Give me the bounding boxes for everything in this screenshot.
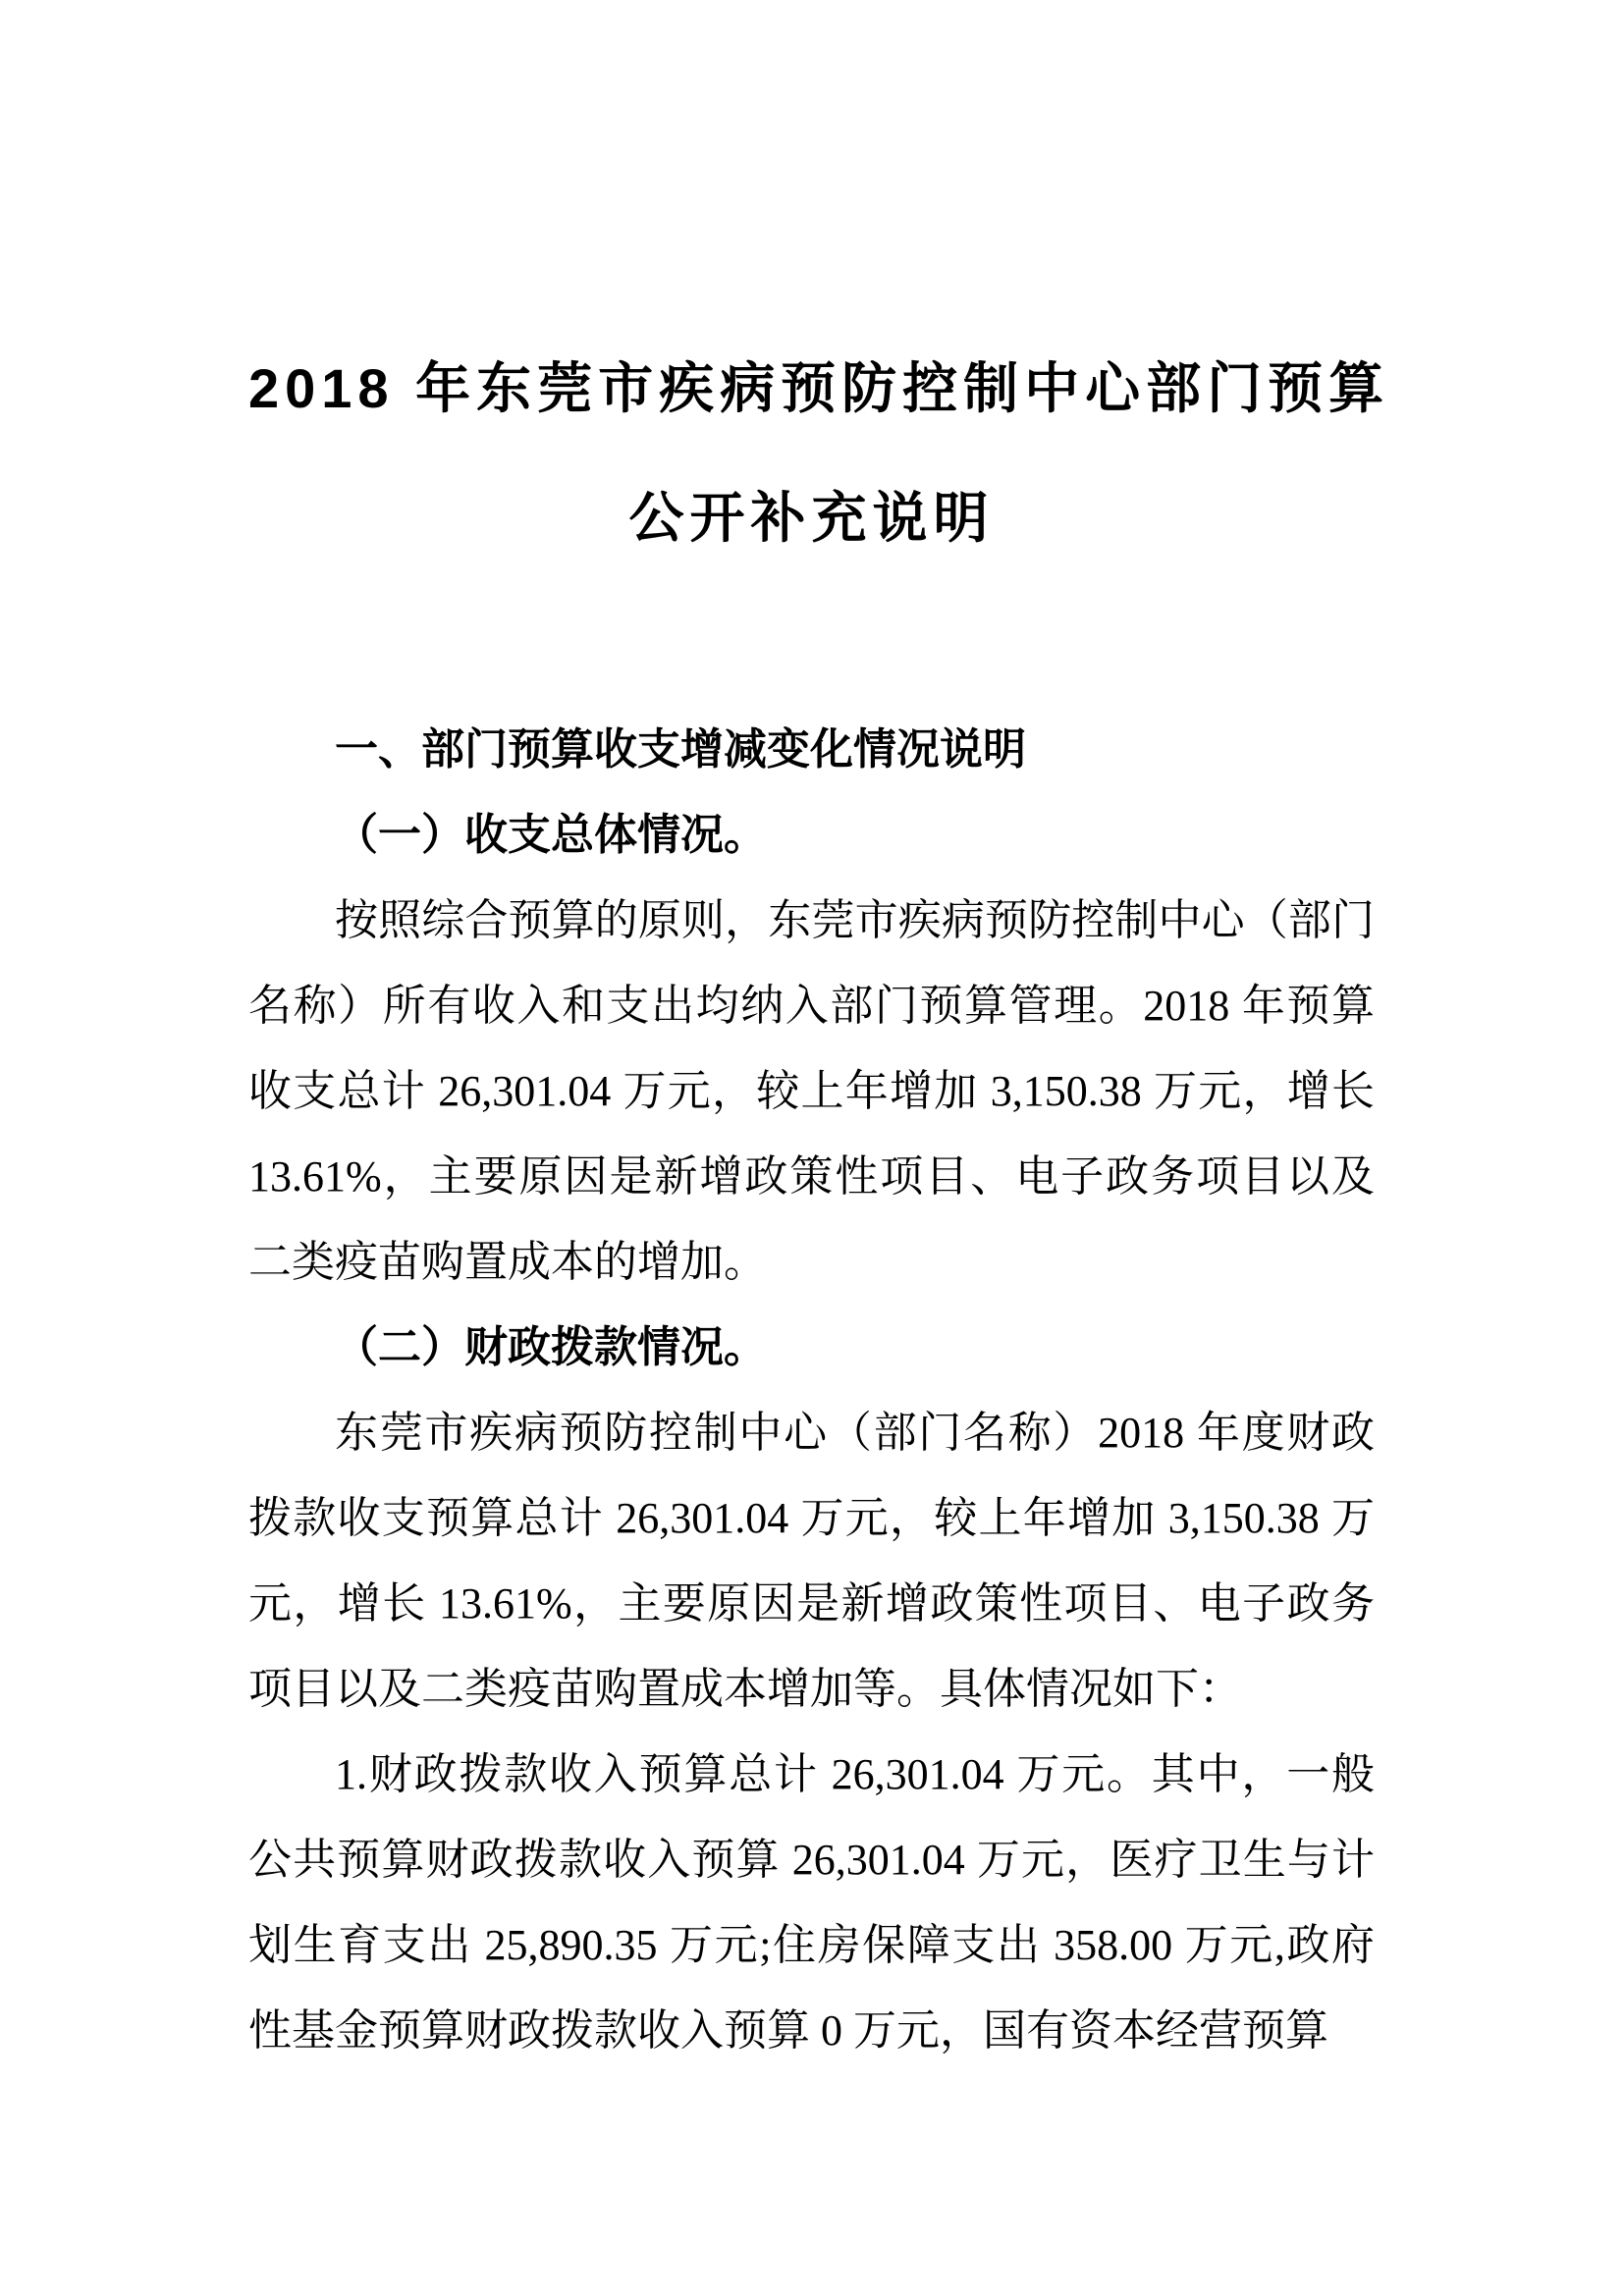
document-title-line1: 2018 年东莞市疾病预防控制中心部门预算 bbox=[248, 357, 1389, 419]
document-page: 2018 年东莞市疾病预防控制中心部门预算公开补充说明 一、部门预算收支增减变化… bbox=[0, 0, 1624, 2296]
subsection-heading-fiscal-appropriation: （二）财政拨款情况。 bbox=[248, 1305, 1375, 1390]
document-content: 2018 年东莞市疾病预防控制中心部门预算公开补充说明 一、部门预算收支增减变化… bbox=[248, 0, 1375, 2073]
document-body: 一、部门预算收支增减变化情况说明 （一）收支总体情况。 按照综合预算的原则，东莞… bbox=[248, 707, 1375, 2073]
subsection-heading-overall-revenue-expenditure: （一）收支总体情况。 bbox=[248, 792, 1375, 878]
section-heading-budget-changes: 一、部门预算收支增减变化情况说明 bbox=[248, 707, 1375, 792]
paragraph-fiscal-appropriation-income-detail: 1.财政拨款收入预算总计 26,301.04 万元。其中，一般公共预算财政拨款收… bbox=[248, 1732, 1375, 2073]
document-title-line2: 公开补充说明 bbox=[629, 487, 995, 549]
paragraph-fiscal-appropriation-summary: 东莞市疾病预防控制中心（部门名称）2018 年度财政拨款收支预算总计 26,30… bbox=[248, 1390, 1375, 1732]
paragraph-overall-budget: 按照综合预算的原则，东莞市疾病预防控制中心（部门名称）所有收入和支出均纳入部门预… bbox=[248, 878, 1375, 1305]
document-title: 2018 年东莞市疾病预防控制中心部门预算公开补充说明 bbox=[248, 324, 1375, 583]
